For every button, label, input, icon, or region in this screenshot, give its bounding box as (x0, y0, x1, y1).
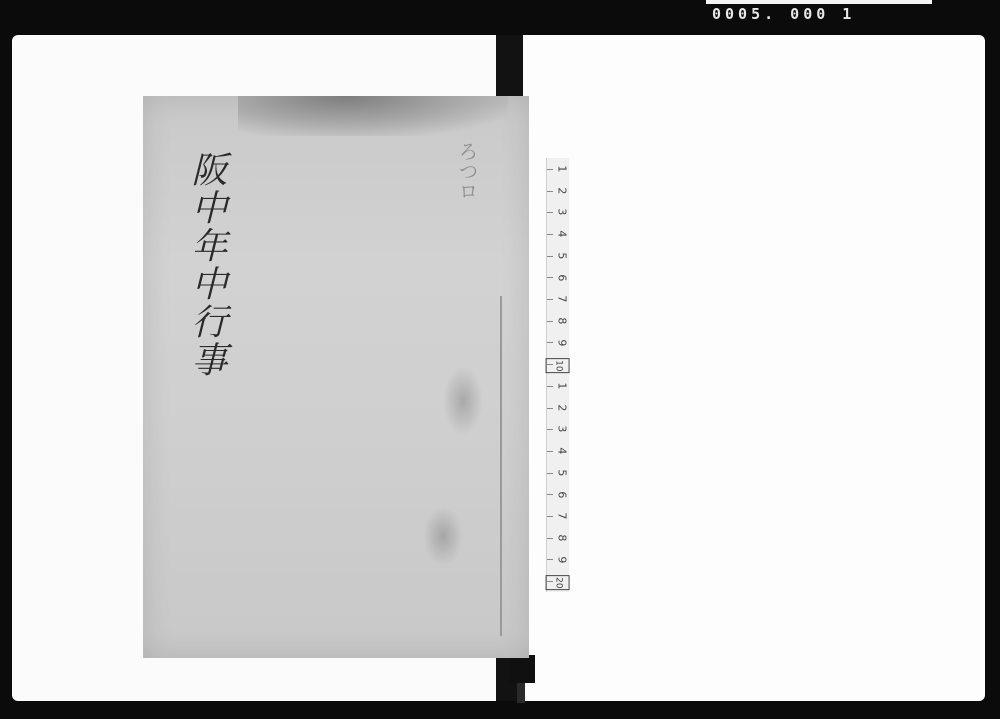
ruler-tick: 5 (547, 462, 569, 484)
book-clip (509, 655, 535, 683)
water-stain (238, 96, 508, 136)
binding-line (500, 296, 502, 636)
ruler-tick: 6 (547, 267, 569, 289)
ruler-tick: 6 (547, 484, 569, 506)
ruler-tick: 5 (547, 245, 569, 267)
ruler-tick: 3 (547, 201, 569, 223)
ruler-tick: 1 (547, 158, 569, 180)
stain (423, 506, 463, 566)
ruler-tick: 8 (547, 310, 569, 332)
stain (443, 366, 483, 436)
ruler-tick: 2 (547, 180, 569, 202)
ruler-tick: 9 (547, 549, 569, 571)
right-page (523, 35, 985, 701)
ruler-tick-major: 20 (547, 570, 569, 592)
cover-title: 阪中年中行事 (181, 151, 231, 379)
ruler-tick: 8 (547, 527, 569, 549)
book-cover: 阪中年中行事 ろつロ (143, 96, 529, 658)
ruler-tick: 3 (547, 418, 569, 440)
faint-inscription: ろつロ (453, 141, 482, 201)
ruler-tick: 4 (547, 223, 569, 245)
measurement-ruler: 1 2 3 4 5 6 7 8 9 10 1 2 3 4 5 6 7 8 9 2… (546, 158, 569, 592)
ruler-tick: 2 (547, 397, 569, 419)
ruler-tick: 7 (547, 288, 569, 310)
ruler-tick-major: 10 (547, 353, 569, 375)
ruler-tick: 4 (547, 440, 569, 462)
ruler-tick: 7 (547, 505, 569, 527)
film-id-strip (706, 0, 932, 4)
film-frame-id: 0005. 000 1 (712, 5, 855, 23)
book-clip-stem (517, 683, 525, 703)
ruler-tick: 1 (547, 375, 569, 397)
ruler-tick: 9 (547, 332, 569, 354)
